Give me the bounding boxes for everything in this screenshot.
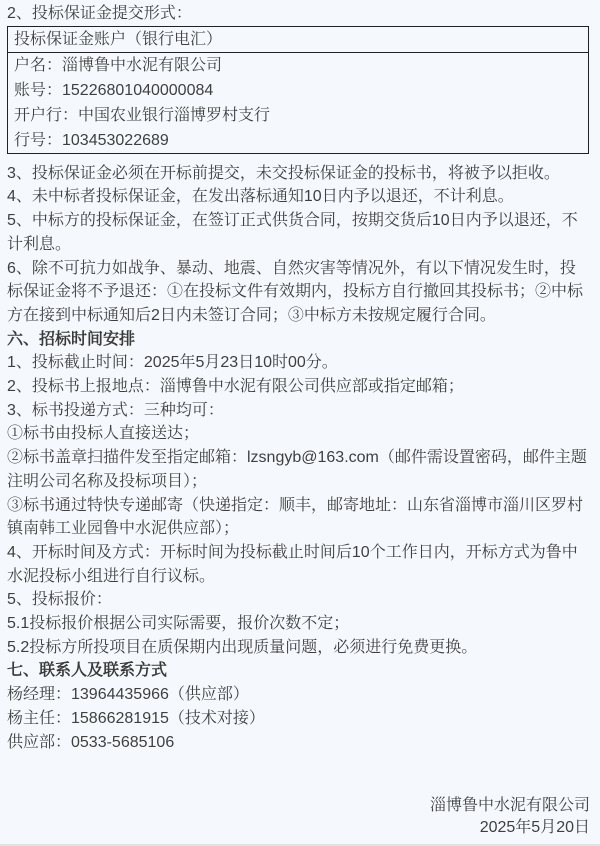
account-holder-line: 户名：淄博鲁中水泥有限公司 xyxy=(14,53,588,78)
schedule-item-delivery-email: ②标书盖章扫描件发至指定邮箱：lzsngyb@163.com（邮件需设置密码，邮… xyxy=(7,446,591,493)
contact-line-supply-dept: 供应部：0533-5685106 xyxy=(7,731,591,755)
deposit-rule-4: 4、未中标者投标保证金，在发出落标通知10日内予以退还，不计利息。 xyxy=(7,185,591,209)
contact-line-director-yang: 杨主任：15866281915（技术对接） xyxy=(7,707,591,731)
schedule-item-quotation: 5、投标报价： xyxy=(7,588,591,612)
account-number-line: 账号：15226801040000084 xyxy=(14,78,588,103)
contact-line-manager-yang: 杨经理：13964435966（供应部） xyxy=(7,683,591,707)
bank-branch-line: 开户行：中国农业银行淄博罗村支行 xyxy=(14,103,588,128)
schedule-item-submit-location: 2、投标书上报地点：淄博鲁中水泥有限公司供应部或指定邮箱； xyxy=(7,375,591,399)
schedule-item-delivery-methods: 3、标书投递方式：三种均可： xyxy=(7,399,591,423)
schedule-item-bid-opening: 4、开标时间及方式：开标时间为投标截止时间后10个工作日内，开标方式为鲁中水泥投… xyxy=(7,541,591,588)
table-row: 投标保证金账户（银行电汇） xyxy=(8,26,589,52)
tender-notice-document: 2、投标保证金提交形式： 投标保证金账户（银行电汇） 户名：淄博鲁中水泥有限公司… xyxy=(0,0,600,846)
table-row: 户名：淄博鲁中水泥有限公司 账号：15226801040000084 开户行：中… xyxy=(8,52,589,153)
deposit-rule-6: 6、除不可抗力如战争、暴动、地震、自然灾害等情况外，有以下情况发生时，投标保证金… xyxy=(7,257,591,328)
bank-code-line: 行号：103453022689 xyxy=(14,128,588,153)
signature-block: 淄博鲁中水泥有限公司 2025年5月20日 xyxy=(430,795,590,838)
deposit-account-table: 投标保证金账户（银行电汇） 户名：淄博鲁中水泥有限公司 账号：152268010… xyxy=(7,26,589,154)
deposit-rule-5: 5、中标方的投标保证金，在签订正式供货合同，按期交货后10日内予以退还，不计利息… xyxy=(7,209,591,256)
account-table-header: 投标保证金账户（银行电汇） xyxy=(8,26,589,52)
schedule-item-quotation-5-2: 5.2投标方所投项目在质保期内出现质量问题，必须进行免费更换。 xyxy=(7,636,591,660)
schedule-item-delivery-express: ③标书通过特快专递邮寄（快递指定：顺丰，邮寄地址：山东省淄博市淄川区罗村镇南韩工… xyxy=(7,494,591,541)
signature-company: 淄博鲁中水泥有限公司 xyxy=(430,795,590,817)
signature-date: 2025年5月20日 xyxy=(430,817,590,839)
deposit-form-title: 2、投标保证金提交形式： xyxy=(7,2,591,26)
schedule-item-deadline: 1、投标截止时间：2025年5月23日10时00分。 xyxy=(7,351,591,375)
schedule-item-quotation-5-1: 5.1投标报价根据公司实际需要，报价次数不定； xyxy=(7,612,591,636)
deposit-rule-3: 3、投标保证金必须在开标前提交，未交投标保证金的投标书，将被予以拒收。 xyxy=(7,162,591,186)
section-heading-contacts: 七、联系人及联系方式 xyxy=(7,659,591,683)
account-table-body: 户名：淄博鲁中水泥有限公司 账号：15226801040000084 开户行：中… xyxy=(8,52,589,153)
schedule-item-delivery-in-person: ①标书由投标人直接送达； xyxy=(7,422,591,446)
section-heading-schedule: 六、招标时间安排 xyxy=(7,328,591,352)
